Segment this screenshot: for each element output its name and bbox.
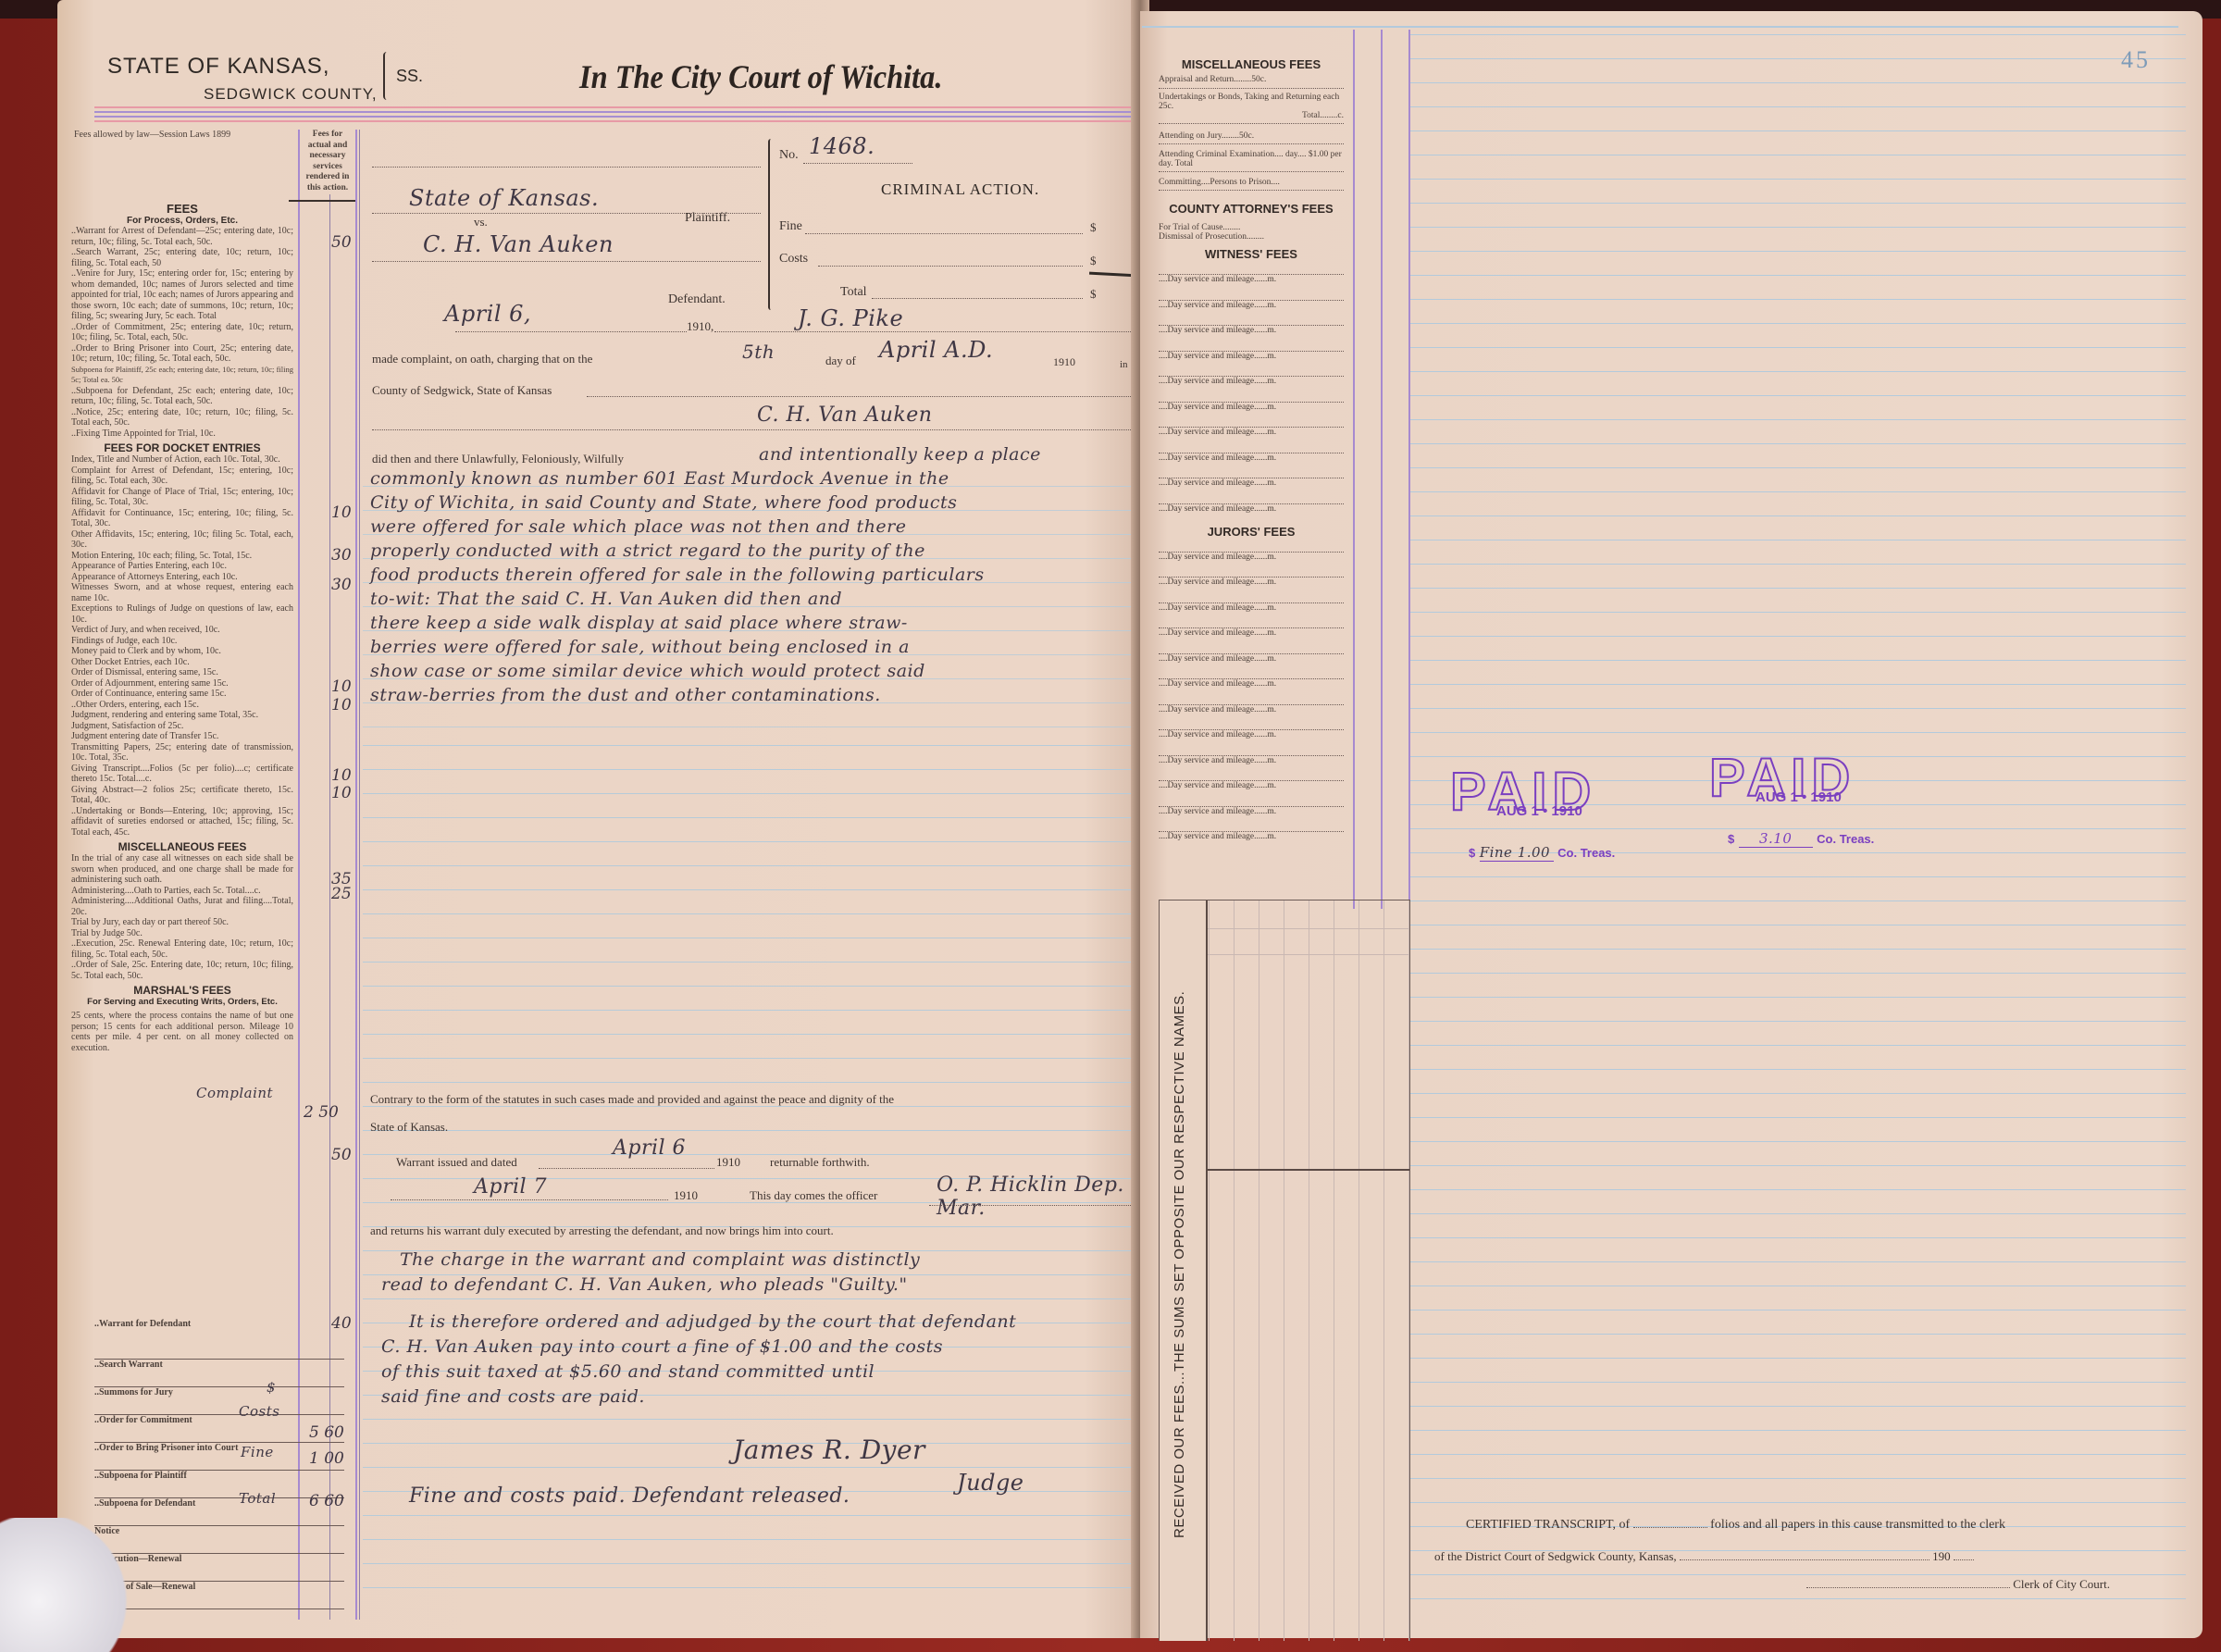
fee-item: ..Subpoena for Defendant, 25c each; ente…: [71, 386, 293, 407]
misc-heading: MISCELLANEOUS FEES: [1159, 57, 1344, 71]
defendant-name: C. H. Van Auken: [423, 231, 614, 257]
county-line: [587, 396, 1179, 397]
jurors-heading: JURORS' FEES: [1159, 525, 1344, 539]
column-line: [1381, 30, 1383, 909]
county-text: County of Sedgwick, State of Kansas: [372, 383, 552, 398]
fee-item: Complaint for Arrest of Defendant, 15c; …: [71, 466, 293, 487]
paid-stamp-amount: 3.10: [1739, 830, 1813, 848]
transcript-label: CERTIFIED TRANSCRIPT, of: [1466, 1518, 1630, 1532]
total-label: Total: [840, 285, 867, 300]
fee-item: Money paid to Clerk and by whom, 10c.: [71, 646, 293, 657]
charge-line: and intentionally keep a place: [759, 444, 1175, 468]
paid-stamp-dollar: $: [1469, 846, 1475, 860]
proceedings-line: said fine and costs are paid.: [381, 1386, 1177, 1411]
fee-item: Order of Adjournment, entering same 15c.: [71, 678, 293, 689]
clerk-title: Clerk of City Court.: [2013, 1577, 2110, 1591]
witness-row: ....Day service and mileage......m.: [1159, 453, 1344, 478]
state-text: State of Kansas.: [370, 1120, 448, 1135]
handwritten-note: $: [267, 1379, 276, 1396]
returns-text: and returns his warrant duly executed by…: [370, 1223, 834, 1238]
marshal-heading: MARSHAL'S FEES: [71, 984, 293, 997]
return-year: 1910: [674, 1188, 698, 1203]
costs-dollar: $: [1090, 254, 1097, 268]
date-line: [455, 331, 687, 332]
fee-amount: 10: [331, 503, 352, 522]
plaintiff-label: Plaintiff.: [685, 211, 730, 226]
made-complaint-text: made complaint, on oath, charging that o…: [372, 352, 592, 366]
misc-item: Appraisal and Return........50c.: [1159, 71, 1344, 89]
charge-line: straw-berries from the dust and other co…: [370, 685, 1175, 709]
day-of-label: day of: [825, 354, 856, 368]
fee-item: ..Fixing Time Appointed for Trial, 10c.: [71, 429, 293, 440]
left-page: STATE OF KANSAS, SEDGWICK COUNTY, SS. In…: [57, 0, 1138, 1638]
fee-amount: 10: [331, 784, 352, 802]
fee-item: ..Other Orders, entering, each 15c.: [71, 700, 293, 711]
contrary-text: Contrary to the form of the statutes in …: [370, 1092, 1185, 1107]
fee-item: In the trial of any case all witnesses o…: [71, 853, 293, 886]
proceedings-line: It is therefore ordered and adjudged by …: [409, 1311, 1177, 1336]
process-heading: For Process, Orders, Etc.: [71, 216, 293, 226]
fee-column-line: [359, 130, 360, 1620]
charge-body: and intentionally keep a place commonly …: [370, 463, 1175, 709]
case-number: 1468.: [809, 133, 875, 159]
juror-row: ....Day service and mileage......m.: [1159, 577, 1344, 602]
charge-line: properly conducted with a strict regard …: [370, 540, 1175, 565]
fee-item: ..Notice, 25c; entering date, 10c; retur…: [71, 407, 293, 429]
fee-item: ..Order to Bring Prisoner into Court, 25…: [71, 343, 293, 365]
juror-row: ....Day service and mileage......m.: [1159, 653, 1344, 679]
juror-row: ....Day service and mileage......m.: [1159, 755, 1344, 781]
fee-item: Order of Dismissal, entering same, 15c.: [71, 667, 293, 678]
right-page: 45 MISCELLANEOUS FEES Appraisal and Retu…: [1140, 11, 2202, 1638]
marshal-item: ..Subpoena for Plaintiff: [94, 1471, 344, 1498]
fee-item: Other Docket Entries, each 10c.: [71, 657, 293, 668]
misc-item: Attending on Jury........50c.: [1159, 124, 1344, 144]
glove-thumb: [0, 1518, 130, 1652]
fee-item: Verdict of Jury, and when received, 10c.: [71, 625, 293, 636]
case-number-label: No.: [779, 148, 799, 163]
fees-top-note: Fees allowed by law—Session Laws 1899: [74, 130, 287, 141]
received-fees-box: [1159, 900, 1410, 1641]
juror-row: ....Day service and mileage......m.: [1159, 678, 1344, 704]
charge-line: to-wit: That the said C. H. Van Auken di…: [370, 589, 1175, 613]
witness-row: ....Day service and mileage......m.: [1159, 402, 1344, 428]
fee-amount: 25: [331, 885, 352, 903]
action-type: CRIMINAL ACTION.: [881, 180, 1039, 199]
fee-amount: 5 60: [309, 1423, 365, 1442]
transcript-line1: CERTIFIED TRANSCRIPT, of folios and all …: [1466, 1518, 2005, 1533]
juror-row: ....Day service and mileage......m.: [1159, 831, 1344, 857]
complainant-name: J. G. Pike: [798, 305, 903, 331]
transcript-date-field: [1680, 1559, 1929, 1560]
final-note: Fine and costs paid. Defendant released.: [409, 1484, 850, 1508]
fee-item: Administering....Oath to Parties, each 5…: [71, 886, 293, 897]
fee-item: Index, Title and Number of Action, each …: [71, 454, 293, 466]
clerk-signature-field: [1806, 1587, 2010, 1588]
accused-name: C. H. Van Auken: [757, 404, 932, 427]
fee-item: Trial by Judge 50c.: [71, 928, 293, 939]
received-rule: [1208, 954, 1409, 955]
fee-item: Exceptions to Rulings of Judge on questi…: [71, 603, 293, 625]
fee-amount: 1 00: [309, 1449, 365, 1468]
header-rule: [94, 106, 1135, 123]
fee-item: ..Order of Sale, 25c. Entering date, 10c…: [71, 960, 293, 981]
handwritten-note: Complaint: [196, 1085, 273, 1101]
transcript-folios-field: [1633, 1527, 1707, 1528]
juror-row: ....Day service and mileage......m.: [1159, 806, 1344, 832]
paid-stamp-amount: Fine 1.00: [1480, 844, 1554, 862]
marshal-items: ..Warrant for Defendant ..Search Warrant…: [94, 1319, 344, 1609]
juror-row: ....Day service and mileage......m.: [1159, 780, 1344, 806]
proceedings-line: The charge in the warrant and complaint …: [400, 1249, 1177, 1274]
fee-item: Administering....Additional Oaths, Jurat…: [71, 896, 293, 917]
header-underline: [289, 200, 355, 202]
marshal-subheading: For Serving and Executing Writs, Orders,…: [71, 997, 293, 1007]
handwritten-note: Costs: [239, 1403, 279, 1420]
fee-item: Order of Continuance, entering same 15c.: [71, 689, 293, 700]
fee-item: Findings of Judge, each 10c.: [71, 636, 293, 647]
header-county: SEDGWICK COUNTY,: [204, 85, 378, 104]
fee-item: Other Affidavits, 15c; entering, 10c; fi…: [71, 529, 293, 551]
in-label: in: [1120, 359, 1128, 370]
return-date: April 7: [474, 1175, 547, 1199]
transcript-line3: Clerk of City Court.: [1806, 1577, 2110, 1592]
proceedings-line: C. H. Van Auken pay into court a fine of…: [381, 1336, 1177, 1361]
warrant-date: April 6: [613, 1137, 686, 1160]
fee-item: Judgment entering date of Transfer 15c.: [71, 731, 293, 742]
charge-line: City of Wichita, in said County and Stat…: [370, 492, 1175, 516]
misc-item: Total........c.: [1159, 111, 1344, 124]
juror-row: ....Day service and mileage......m.: [1159, 552, 1344, 578]
fee-item: Trial by Jury, each day or part thereof …: [71, 917, 293, 928]
case-number-line: [803, 163, 912, 164]
transcript-text: folios and all papers in this cause tran…: [1710, 1518, 2005, 1532]
witness-row: ....Day service and mileage......m.: [1159, 376, 1344, 402]
paid-stamp-dollar: $: [1728, 832, 1734, 846]
fee-item: Motion Entering, 10c each; filing, 5c. T…: [71, 551, 293, 562]
juror-row: ....Day service and mileage......m.: [1159, 704, 1344, 730]
header-brace: [383, 52, 391, 100]
top-rule: [1142, 26, 2178, 28]
caption-line: [372, 261, 761, 262]
judge-title: Judge: [957, 1470, 1024, 1496]
page-number: 45: [2121, 46, 2151, 74]
transcript-line2: of the District Court of Sedgwick County…: [1434, 1549, 1974, 1564]
received-text: RECEIVED OUR FEES...THE SUMS SET OPPOSIT…: [1172, 991, 1187, 1538]
misc-item: Attending Criminal Examination.... day..…: [1159, 144, 1344, 172]
fee-item: Judgment, rendering and entering same To…: [71, 710, 293, 721]
fine-label: Fine: [779, 219, 802, 234]
fee-column-line: [355, 130, 357, 1620]
marshal-item: ..Warrant for Defendant: [94, 1319, 344, 1360]
transcript-year-field: [1954, 1559, 1974, 1560]
misc-item: Committing....Persons to Prison....: [1159, 172, 1344, 191]
warrant-year: 1910: [716, 1155, 740, 1170]
fee-amount: 40: [331, 1314, 352, 1333]
fee-item: Giving Transcript....Folios (5c per foli…: [71, 764, 293, 785]
fee-amount: 10: [331, 766, 352, 785]
charge-line: were offered for sale which place was no…: [370, 516, 1175, 540]
transcript-year: 190: [1932, 1549, 1951, 1563]
misc-heading: MISCELLANEOUS FEES: [71, 840, 293, 853]
proceedings: The charge in the warrant and complaint …: [381, 1249, 1177, 1411]
fee-item: Transmitting Papers, 25c; entering date …: [71, 742, 293, 764]
fee-amount: 50: [331, 233, 352, 252]
offense-month: April A.D.: [879, 337, 993, 363]
marshal-item: ..Order of Sale—Renewal: [94, 1582, 344, 1609]
charge-line: food products therein offered for sale i…: [370, 565, 1175, 589]
paid-stamp-date: AUG 1 • 1910: [1756, 789, 1842, 805]
juror-row: ....Day service and mileage......m.: [1159, 602, 1344, 628]
fine-line: [805, 233, 1083, 234]
county-attorney-item: Dismissal of Prosecution........: [1159, 232, 1344, 242]
marshal-item: ..Subpoena for Defendant: [94, 1498, 344, 1526]
fee-item: ..Venire for Jury, 15c; entering order f…: [71, 268, 293, 322]
charge-line: there keep a side walk display at said p…: [370, 613, 1175, 637]
complaint-year: 1910,: [687, 319, 713, 334]
total-dollar: $: [1090, 287, 1097, 302]
fee-item: Judgment, Satisfaction of 25c.: [71, 721, 293, 732]
accused-line: [372, 429, 1177, 430]
marshal-item: ..Order for Commitment: [94, 1415, 344, 1443]
fee-amount-header: Fees for actual and necessary services r…: [301, 130, 354, 193]
warrant-label: Warrant issued and dated: [396, 1155, 517, 1170]
fine-dollar: $: [1090, 220, 1097, 235]
court-title: In The City Court of Wichita.: [579, 57, 942, 96]
witness-row: ....Day service and mileage......m.: [1159, 503, 1344, 525]
transcript-court: of the District Court of Sedgwick County…: [1434, 1549, 1677, 1563]
costs-label: Costs: [779, 252, 808, 267]
docket-heading: FEES FOR DOCKET ENTRIES: [71, 441, 293, 454]
caption-line: [372, 167, 761, 168]
juror-row: ....Day service and mileage......m.: [1159, 729, 1344, 755]
witness-row: ....Day service and mileage......m.: [1159, 274, 1344, 300]
witness-row: ....Day service and mileage......m.: [1159, 478, 1344, 503]
fee-amount: 10: [331, 677, 352, 696]
witness-heading: WITNESS' FEES: [1159, 247, 1344, 261]
paid-stamp: PAID AUG 1 • 1910 $ Fine 1.00 Co. Treas.: [1450, 761, 1596, 823]
fee-amount: 10: [331, 696, 352, 714]
fee-item: Subpoena for Plaintiff, 25c each; enteri…: [71, 365, 293, 386]
witness-row: ....Day service and mileage......m.: [1159, 427, 1344, 453]
fee-item: ..Execution, 25c. Renewal Entering date,…: [71, 938, 293, 960]
received-divider: [1208, 1169, 1409, 1171]
fee-item: ..Order of Commitment, 25c; entering dat…: [71, 322, 293, 343]
county-attorney-heading: COUNTY ATTORNEY'S FEES: [1159, 202, 1344, 216]
misc-item: Undertakings or Bonds, Taking and Return…: [1159, 89, 1344, 111]
county-attorney-item: For Trial of Cause........: [1159, 216, 1344, 232]
fee-item: Appearance of Parties Entering, each 10c…: [71, 561, 293, 572]
marshal-item: ..Summons for Jury: [94, 1387, 344, 1415]
fee-item: ..Warrant for Arrest of Defendant—25c; e…: [71, 226, 293, 247]
fee-schedule: FEES For Process, Orders, Etc. ..Warrant…: [71, 202, 293, 1053]
fees-heading: FEES: [71, 202, 293, 216]
marshal-note: 25 cents, where the process contains the…: [71, 1011, 293, 1053]
charge-line: show case or some similar device which w…: [370, 661, 1175, 685]
fee-amount: 50: [331, 1146, 352, 1164]
paid-stamp-footer: $ 3.10 Co. Treas.: [1728, 830, 1874, 848]
return-date-line: [391, 1199, 668, 1200]
marshal-item: ..Execution—Renewal: [94, 1554, 344, 1582]
caption-brace: [768, 139, 774, 310]
header-ss: SS.: [396, 67, 423, 86]
complainant-line: [714, 331, 1177, 332]
defendant-label: Defendant.: [668, 292, 726, 307]
fee-amount: 30: [331, 546, 352, 565]
paid-stamp-date: AUG 1 • 1910: [1496, 803, 1582, 819]
fee-amount: 2 50: [304, 1103, 359, 1122]
charge-line: berries were offered for sale, without b…: [370, 637, 1175, 661]
marshal-item: ..Order to Bring Prisoner into Court: [94, 1443, 344, 1471]
judge-signature: James R. Dyer: [733, 1435, 925, 1465]
fee-item: Witnesses Sworn, and at whose request, e…: [71, 582, 293, 603]
received-rule: [1208, 928, 1409, 929]
right-fee-schedule: MISCELLANEOUS FEES Appraisal and Return.…: [1159, 57, 1344, 857]
column-line: [1353, 30, 1355, 909]
paid-stamp-footer: $ Fine 1.00 Co. Treas.: [1469, 844, 1615, 862]
witness-row: ....Day service and mileage......m.: [1159, 351, 1344, 377]
offense-day: 5th: [742, 341, 775, 363]
fee-item: Affidavit for Change of Place of Trial, …: [71, 487, 293, 508]
paid-stamp-treas: Co. Treas.: [1557, 846, 1615, 860]
charge-line: commonly known as number 601 East Murdoc…: [370, 468, 1175, 492]
fee-item: Affidavit for Continuance, 15c; entering…: [71, 508, 293, 529]
fee-item: Appearance of Attorneys Entering, each 1…: [71, 572, 293, 583]
fee-item: ..Search Warrant, 25c; entering date, 10…: [71, 247, 293, 268]
juror-row: ....Day service and mileage......m.: [1159, 627, 1344, 653]
marshal-item: Notice: [94, 1526, 344, 1554]
plaintiff-name: State of Kansas.: [409, 185, 599, 211]
fee-amount: 6 60: [309, 1492, 365, 1510]
proceedings-line: read to defendant C. H. Van Auken, who p…: [381, 1274, 1177, 1311]
officer-name: O. P. Hicklin Dep. Mar.: [937, 1174, 1138, 1220]
costs-line: [818, 266, 1083, 267]
marshal-item: ..Search Warrant: [94, 1360, 344, 1387]
complaint-date: April 6,: [444, 301, 531, 327]
juror-rows: ....Day service and mileage......m. ....…: [1159, 552, 1344, 857]
witness-row: ....Day service and mileage......m.: [1159, 300, 1344, 326]
warrant-date-line: [539, 1168, 714, 1169]
paid-stamp: PAID AUG 1 • 1910 $ 3.10 Co. Treas.: [1709, 747, 1855, 809]
total-line: [872, 298, 1083, 299]
header-state: STATE OF KANSAS,: [107, 54, 329, 80]
proceedings-line: of this suit taxed at $5.60 and stand co…: [381, 1361, 1177, 1386]
handwritten-note: Total: [239, 1490, 276, 1507]
witness-row: ....Day service and mileage......m.: [1159, 325, 1344, 351]
fee-item: Giving Abstract—2 folios 25c; certificat…: [71, 785, 293, 806]
witness-rows: ....Day service and mileage......m. ....…: [1159, 274, 1344, 525]
officer-text: This day comes the officer: [750, 1188, 877, 1203]
returnable-text: returnable forthwith.: [770, 1155, 870, 1170]
paid-stamp-treas: Co. Treas.: [1817, 832, 1874, 846]
handwritten-note: Fine: [241, 1444, 274, 1460]
fee-amount: 30: [331, 576, 352, 594]
offense-year: 1910: [1053, 355, 1075, 369]
vs-label: vs.: [474, 215, 488, 230]
fee-item: ..Undertaking or Bonds—Entering, 10c; ap…: [71, 806, 293, 838]
